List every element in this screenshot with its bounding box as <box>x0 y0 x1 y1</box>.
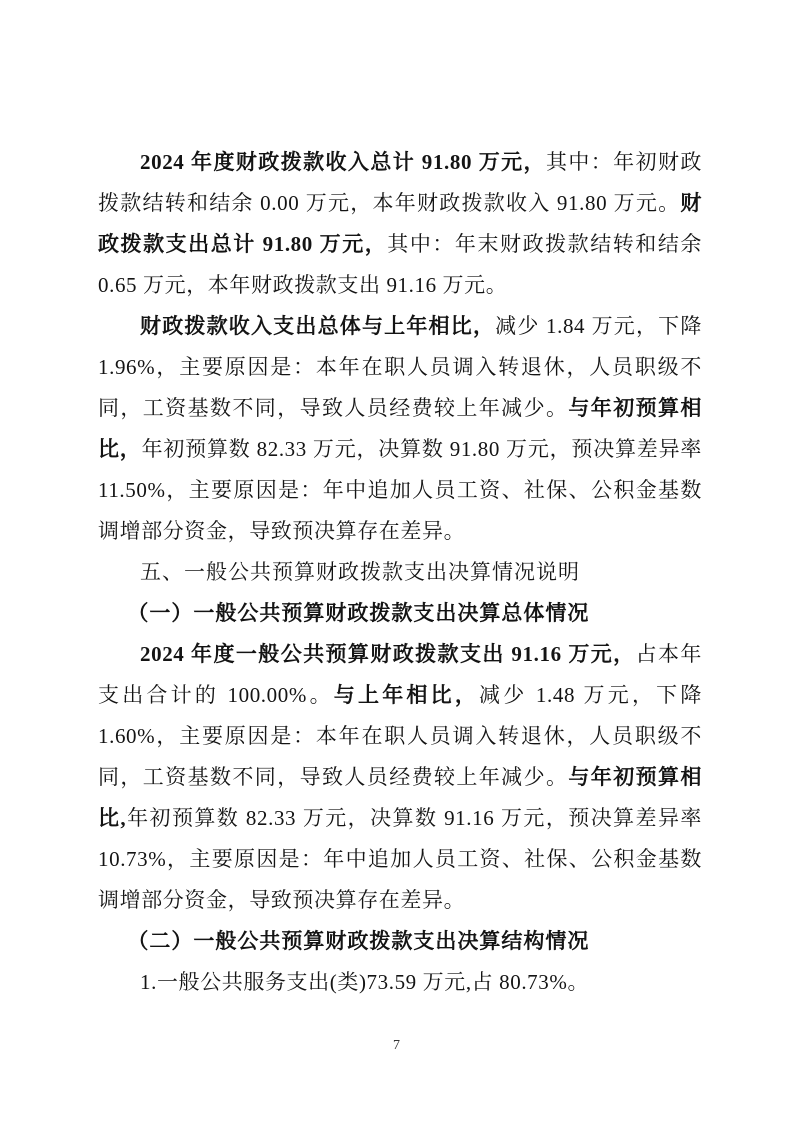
text-run-bold: 2024 年度财政拨款收入总计 91.80 万元， <box>140 150 546 174</box>
para-fiscal-appropriation-comparison: 财政拨款收入支出总体与上年相比，减少 1.84 万元，下降 1.96%，主要原因… <box>98 306 702 552</box>
document-page: 2024 年度财政拨款收入总计 91.80 万元，其中：年初财政拨款结转和结余 … <box>0 0 793 1122</box>
text-run-bold: （二）一般公共预算财政拨款支出决算结构情况 <box>127 929 589 953</box>
heading-subsection-one: （一）一般公共预算财政拨款支出决算总体情况 <box>98 593 702 634</box>
text-run-bold: 2024 年度一般公共预算财政拨款支出 91.16 万元， <box>140 642 636 666</box>
text-run: 年初预算数 82.33 万元，决算数 91.16 万元，预决算差异率 10.73… <box>98 806 702 912</box>
heading-subsection-two: （二）一般公共预算财政拨款支出决算结构情况 <box>98 921 702 962</box>
document-blocks: 2024 年度财政拨款收入总计 91.80 万元，其中：年初财政拨款结转和结余 … <box>98 142 702 1003</box>
page-number: 7 <box>0 1038 793 1054</box>
para-general-public-budget-expenditure: 2024 年度一般公共预算财政拨款支出 91.16 万元，占本年支出合计的 10… <box>98 634 702 921</box>
text-run: 年初预算数 82.33 万元，决算数 91.80 万元，预决算差异率 11.50… <box>98 437 702 543</box>
text-run-bold: 与上年相比， <box>334 683 479 707</box>
text-run-bold: 财政拨款收入支出总体与上年相比， <box>140 314 495 338</box>
text-run: 五、一般公共预算财政拨款支出决算情况说明 <box>140 561 580 584</box>
text-run-bold: （一）一般公共预算财政拨款支出决算总体情况 <box>127 601 589 625</box>
text-run: 1.一般公共服务支出(类)73.59 万元,占 80.73%。 <box>140 970 589 994</box>
heading-section-five: 五、一般公共预算财政拨款支出决算情况说明 <box>98 552 702 593</box>
para-fiscal-appropriation-income-total: 2024 年度财政拨款收入总计 91.80 万元，其中：年初财政拨款结转和结余 … <box>98 142 702 306</box>
para-general-public-service-expenditure: 1.一般公共服务支出(类)73.59 万元,占 80.73%。 <box>98 962 702 1003</box>
